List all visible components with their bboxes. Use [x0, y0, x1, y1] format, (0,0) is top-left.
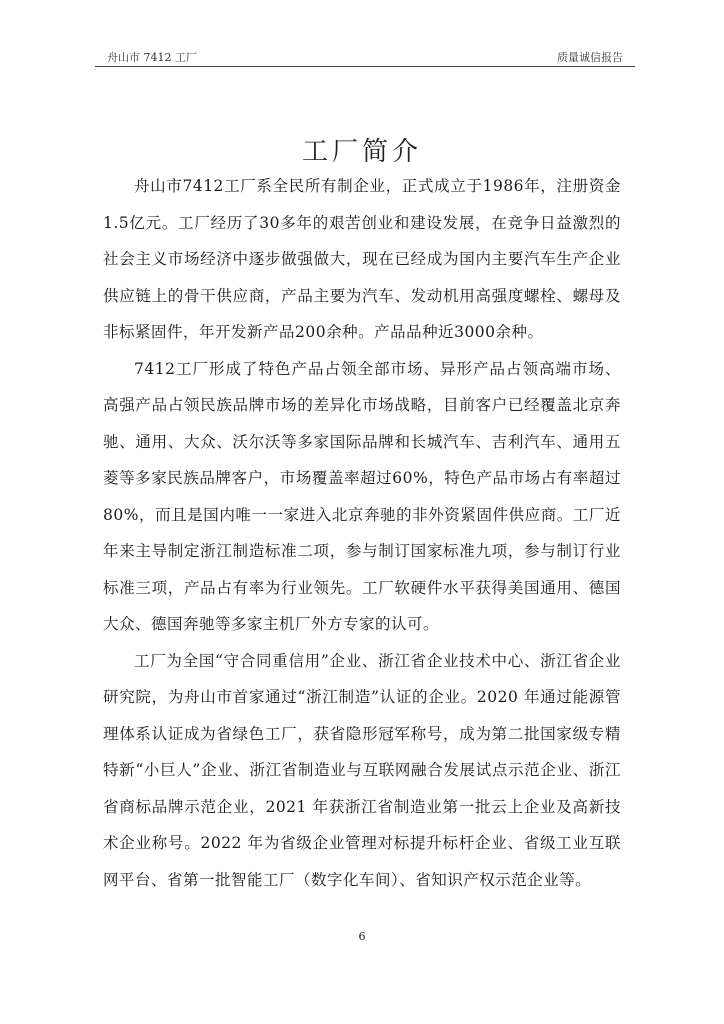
paragraph-1: 舟山市7412工厂系全民所有制企业，正式成立于1986年，注册资金1.5亿元。工…	[103, 168, 621, 351]
header-organization: 舟山市 7412 工厂	[107, 49, 197, 65]
page-number: 6	[0, 930, 724, 943]
paragraph-2: 7412工厂形成了特色产品占领全部市场、异形产品占领高端市场、高强产品占领民族品…	[103, 351, 621, 643]
paragraph-3: 工厂为全国“守合同重信用”企业、浙江省企业技术中心、浙江省企业研究院，为舟山市首…	[103, 643, 621, 899]
body-text: 舟山市7412工厂系全民所有制企业，正式成立于1986年，注册资金1.5亿元。工…	[103, 168, 621, 898]
header-report-title: 质量诚信报告	[557, 49, 623, 65]
header-divider	[95, 66, 635, 67]
page-title: 工厂简介	[0, 131, 724, 168]
page-header: 舟山市 7412 工厂 质量诚信报告	[95, 47, 635, 67]
